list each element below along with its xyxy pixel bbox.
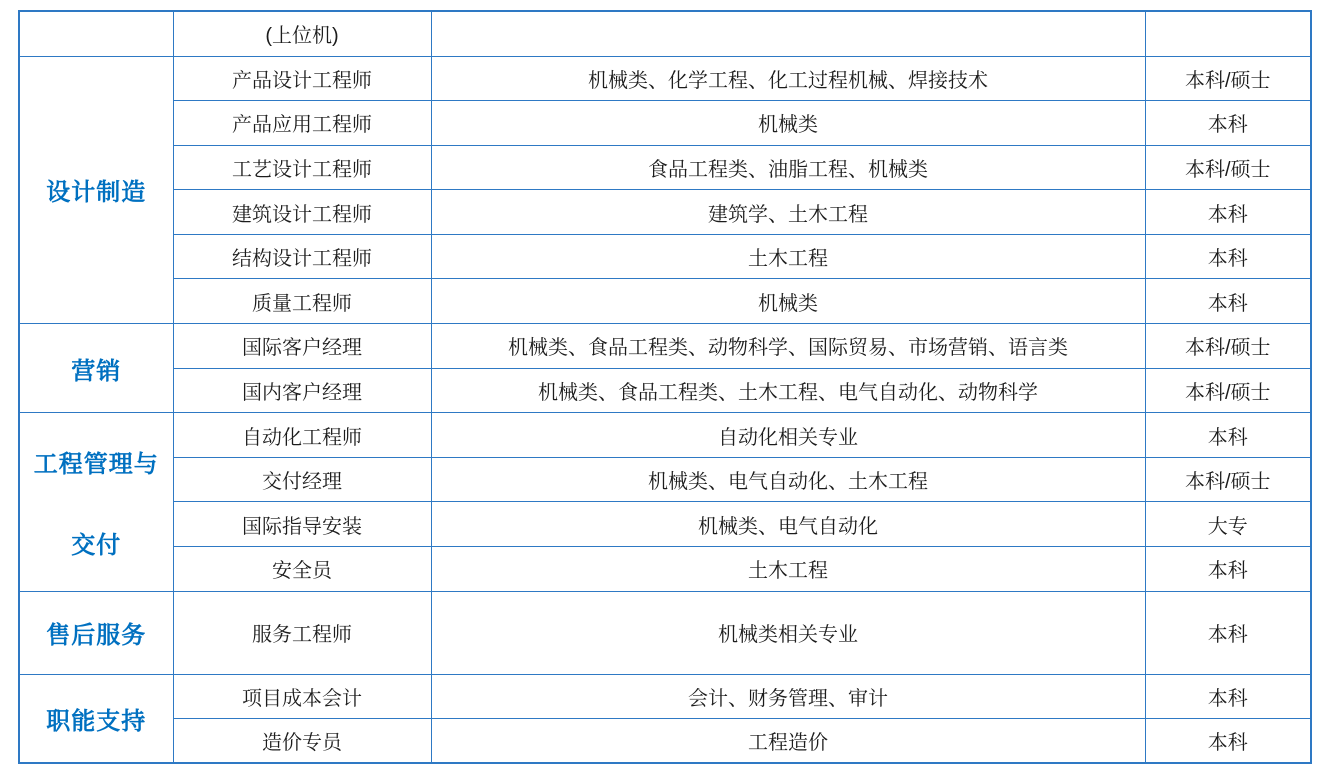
table-row: (上位机) [19,11,1311,56]
education-cell: 本科/硕士 [1145,457,1311,502]
education-cell: 本科 [1145,547,1311,592]
education-cell: 大专 [1145,502,1311,547]
category-cell [19,11,173,56]
education-cell: 本科/硕士 [1145,324,1311,369]
position-cell: 安全员 [173,547,431,592]
majors-cell: 工程造价 [431,719,1145,764]
table-container: (上位机)设计制造产品设计工程师机械类、化学工程、化工过程机械、焊接技术本科/硕… [18,10,1312,764]
recruitment-table: (上位机)设计制造产品设计工程师机械类、化学工程、化工过程机械、焊接技术本科/硕… [18,10,1312,764]
education-cell: 本科/硕士 [1145,145,1311,190]
education-cell: 本科 [1145,234,1311,279]
table-row: 工程管理与交付自动化工程师自动化相关专业本科 [19,413,1311,458]
table-row: 工艺设计工程师食品工程类、油脂工程、机械类本科/硕士 [19,145,1311,190]
table-row: 营销国际客户经理机械类、食品工程类、动物科学、国际贸易、市场营销、语言类本科/硕… [19,324,1311,369]
table-row: 国内客户经理机械类、食品工程类、土木工程、电气自动化、动物科学本科/硕士 [19,368,1311,413]
position-cell: 工艺设计工程师 [173,145,431,190]
category-cell: 售后服务 [19,591,173,674]
table-row: 安全员土木工程本科 [19,547,1311,592]
majors-cell: 机械类、食品工程类、动物科学、国际贸易、市场营销、语言类 [431,324,1145,369]
majors-cell: 土木工程 [431,547,1145,592]
table-row: 设计制造产品设计工程师机械类、化学工程、化工过程机械、焊接技术本科/硕士 [19,56,1311,101]
category-label-line: 工程管理与 [26,444,167,479]
education-cell: 本科 [1145,101,1311,146]
category-cell: 设计制造 [19,56,173,324]
page: (上位机)设计制造产品设计工程师机械类、化学工程、化工过程机械、焊接技术本科/硕… [0,0,1328,771]
table-row: 质量工程师机械类本科 [19,279,1311,324]
majors-cell: 会计、财务管理、审计 [431,674,1145,719]
table-row: 结构设计工程师土木工程本科 [19,234,1311,279]
position-cell: 产品设计工程师 [173,56,431,101]
category-cell: 工程管理与交付 [19,413,173,591]
majors-cell [431,11,1145,56]
position-cell: 项目成本会计 [173,674,431,719]
table-row: 国际指导安装机械类、电气自动化大专 [19,502,1311,547]
table-row: 产品应用工程师机械类本科 [19,101,1311,146]
position-cell: 结构设计工程师 [173,234,431,279]
category-cell: 营销 [19,324,173,413]
education-cell: 本科/硕士 [1145,56,1311,101]
education-cell: 本科 [1145,591,1311,674]
majors-cell: 机械类相关专业 [431,591,1145,674]
position-cell: 造价专员 [173,719,431,764]
position-cell: 国际客户经理 [173,324,431,369]
majors-cell: 建筑学、土木工程 [431,190,1145,235]
table-row: 造价专员工程造价本科 [19,719,1311,764]
majors-cell: 机械类、电气自动化、土木工程 [431,457,1145,502]
category-label-line: 交付 [26,525,167,560]
majors-cell: 机械类、电气自动化 [431,502,1145,547]
position-cell: 国际指导安装 [173,502,431,547]
education-cell: 本科 [1145,719,1311,764]
position-cell: 交付经理 [173,457,431,502]
position-cell: (上位机) [173,11,431,56]
education-cell: 本科 [1145,190,1311,235]
majors-cell: 机械类、食品工程类、土木工程、电气自动化、动物科学 [431,368,1145,413]
position-cell: 产品应用工程师 [173,101,431,146]
table-row: 交付经理机械类、电气自动化、土木工程本科/硕士 [19,457,1311,502]
majors-cell: 土木工程 [431,234,1145,279]
majors-cell: 机械类 [431,101,1145,146]
job-table-body: (上位机)设计制造产品设计工程师机械类、化学工程、化工过程机械、焊接技术本科/硕… [19,11,1311,763]
majors-cell: 机械类 [431,279,1145,324]
table-row: 售后服务服务工程师机械类相关专业本科 [19,591,1311,674]
position-cell: 自动化工程师 [173,413,431,458]
position-cell: 服务工程师 [173,591,431,674]
table-row: 职能支持项目成本会计会计、财务管理、审计本科 [19,674,1311,719]
position-cell: 建筑设计工程师 [173,190,431,235]
education-cell: 本科 [1145,279,1311,324]
category-cell: 职能支持 [19,674,173,763]
education-cell: 本科/硕士 [1145,368,1311,413]
education-cell: 本科 [1145,674,1311,719]
education-cell: 本科 [1145,413,1311,458]
table-row: 建筑设计工程师建筑学、土木工程本科 [19,190,1311,235]
education-cell [1145,11,1311,56]
position-cell: 质量工程师 [173,279,431,324]
majors-cell: 机械类、化学工程、化工过程机械、焊接技术 [431,56,1145,101]
majors-cell: 自动化相关专业 [431,413,1145,458]
majors-cell: 食品工程类、油脂工程、机械类 [431,145,1145,190]
position-cell: 国内客户经理 [173,368,431,413]
